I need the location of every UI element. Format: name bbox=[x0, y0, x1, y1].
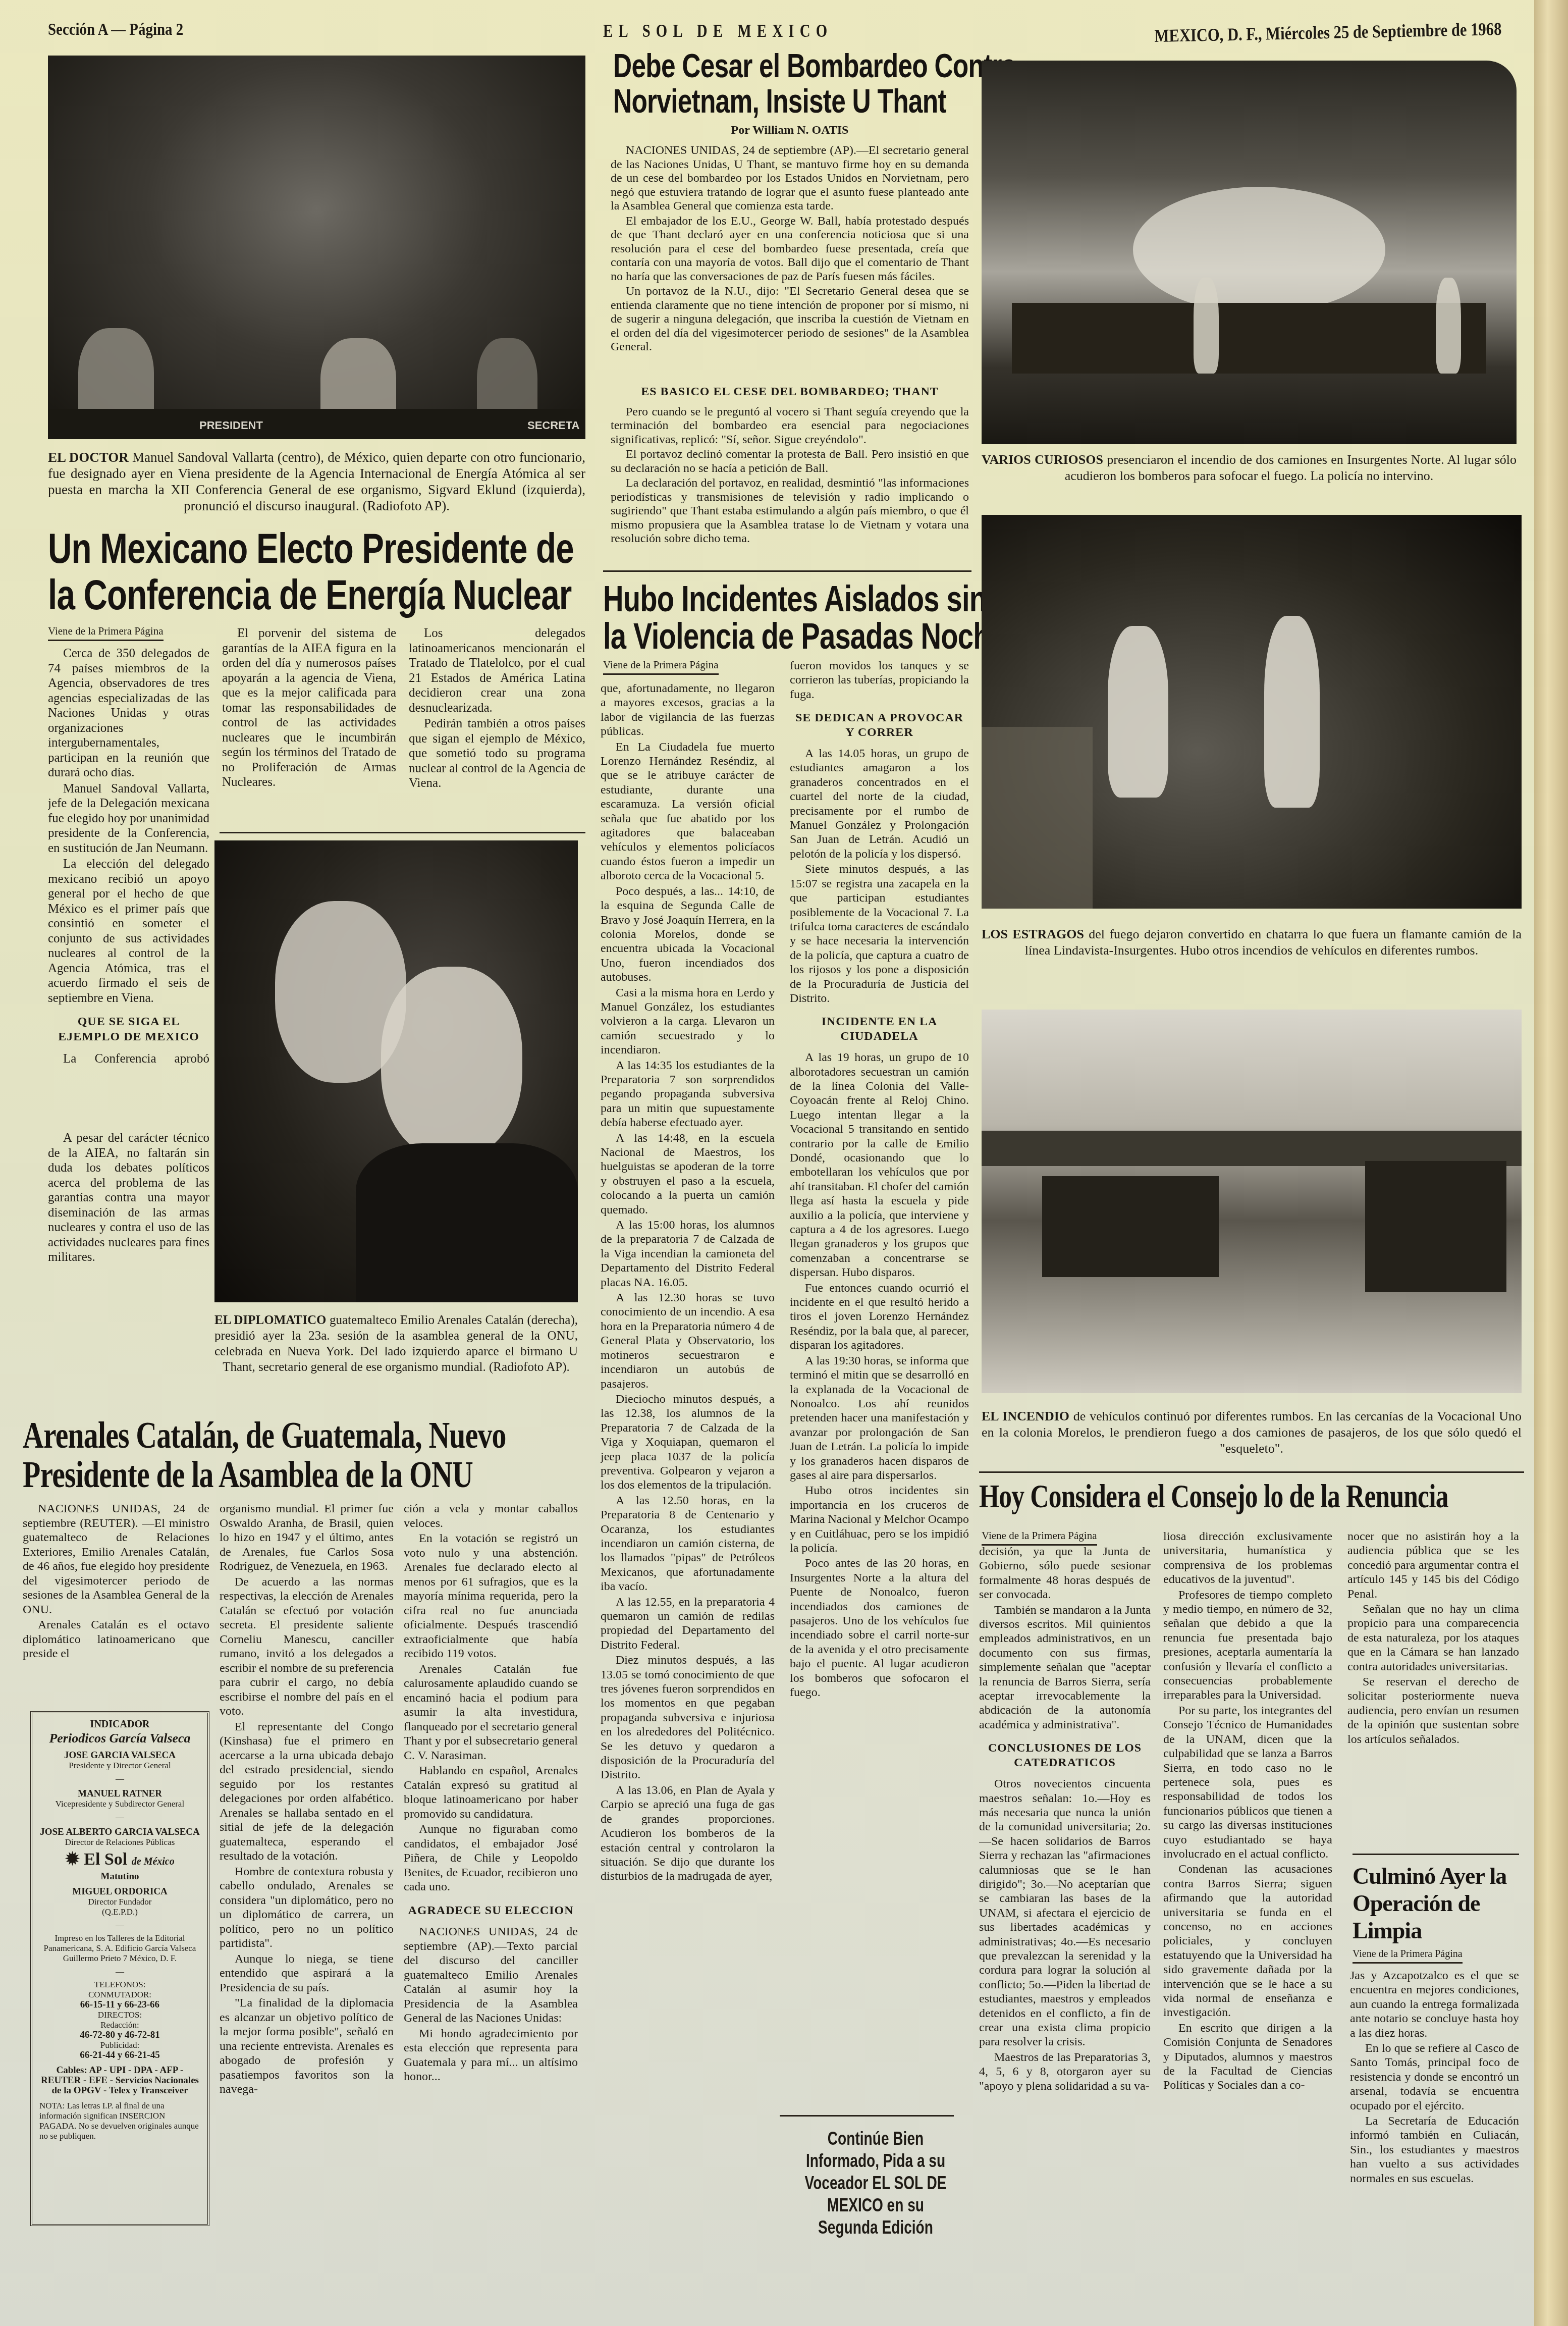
el-sol-logo: ✹ El Sol de México bbox=[39, 1855, 200, 1867]
article-column: organismo mundial. El primer fue Oswaldo… bbox=[220, 1502, 394, 2309]
paragraph: "La finalidad de la diplomacia es alcanz… bbox=[220, 1996, 394, 2097]
divider bbox=[1353, 1854, 1519, 1855]
paragraph: Casi a la misma hora en Lerdo y Manuel G… bbox=[601, 986, 775, 1058]
founder-role: Director Fundador bbox=[39, 1897, 200, 1907]
dateline: MEXICO, D. F., Miércoles 25 de Septiembr… bbox=[1154, 18, 1501, 46]
caption-lead: EL INCENDIO bbox=[982, 1409, 1069, 1423]
section-page-label: Sección A — Página 2 bbox=[48, 20, 183, 39]
paragraph: La elección del delegado mexicano recibi… bbox=[48, 857, 209, 1006]
phone-numbers: 66-21-44 y 66-21-45 bbox=[39, 2050, 200, 2060]
article-column: NACIONES UNIDAS, 24 de septiembre (REUTE… bbox=[23, 1502, 209, 1704]
headline-line-1: Hubo Incidentes Aislados sin bbox=[603, 580, 1021, 618]
paper-name: EL SOL DE MEXICO bbox=[603, 20, 833, 41]
burned-bus bbox=[1042, 1176, 1219, 1277]
paragraph: Señalan que no hay un clima propicio par… bbox=[1347, 1602, 1519, 1674]
founder-name: MIGUEL ORDORICA bbox=[39, 1887, 200, 1897]
photo-burned-bus bbox=[982, 515, 1522, 909]
article-column: ción a vela y montar caballos veloces. E… bbox=[404, 1502, 578, 2309]
headline-line-1: Debe Cesar el Bombardeo Contra bbox=[613, 48, 1016, 83]
separator: — bbox=[39, 1774, 200, 1784]
paragraph: A las 14.05 horas, un grupo de estudiant… bbox=[790, 747, 969, 861]
paragraph: Hablando en español, Arenales Catalán ex… bbox=[404, 1764, 578, 1821]
photo-sign-president: PRESIDENT bbox=[199, 419, 263, 432]
paragraph: Profesores de tiempo completo y medio ti… bbox=[1163, 1588, 1332, 1703]
headline-renuncia: Hoy Considera el Consejo lo de la Renunc… bbox=[979, 1479, 1448, 1514]
photo-caption-estragos: LOS ESTRAGOS del fuego dejaron convertid… bbox=[982, 926, 1522, 959]
paragraph: De acuerdo a las normas respectivas, la … bbox=[220, 1575, 394, 1719]
headline-line-2: la Conferencia de Energía Nuclear bbox=[48, 571, 574, 618]
subheading: SE DEDICAN A PROVOCAR Y CORRER bbox=[790, 711, 969, 739]
paragraph: ción a vela y montar caballos veloces. bbox=[404, 1502, 578, 1530]
paragraph: La declaración del portavoz, en realidad… bbox=[611, 477, 969, 546]
photo-caption-varios-curiosos: VARIOS CURIOSOS presenciaron el incendio… bbox=[982, 452, 1517, 484]
publisher-group: Periodicos García Valseca bbox=[39, 1733, 200, 1743]
divider bbox=[979, 1471, 1524, 1473]
paragraph: A las 15:00 horas, los alumnos de la pre… bbox=[601, 1218, 775, 1290]
paragraph: El portavoz declinó comentar la protesta… bbox=[611, 448, 969, 475]
paragraph: Un portavoz de la N.U., dijo: "El Secret… bbox=[611, 285, 969, 354]
subheading: AGRADECE SU ELECCION bbox=[404, 1904, 578, 1918]
article-column: Jas y Azcapotzalco es el que se encuentr… bbox=[1350, 1969, 1519, 2317]
divider bbox=[220, 832, 585, 833]
caption-text: presenciaron el incendio de dos camiones… bbox=[1065, 452, 1517, 483]
paragraph: En escrito que dirigen a la Comisión Con… bbox=[1163, 2021, 1332, 2093]
continued-from-front-page: Viene de la Primera Página bbox=[982, 1529, 1097, 1546]
continued-from-front-page: Viene de la Primera Página bbox=[603, 659, 719, 675]
paragraph: El porvenir del sistema de garantías de … bbox=[222, 626, 396, 790]
caption-lead: EL DOCTOR bbox=[48, 450, 129, 465]
paragraph: Diez minutos después, a las 13.05 se tom… bbox=[601, 1653, 775, 1782]
podium bbox=[48, 409, 585, 439]
paragraph: A pesar del carácter técnico de la AIEA,… bbox=[48, 1131, 209, 1265]
indicador-title: INDICADOR bbox=[39, 1719, 200, 1729]
paragraph: Maestros de las Preparatorias 3, 4, 5, 6… bbox=[979, 2050, 1151, 2093]
phones-label: Publicidad: bbox=[39, 2040, 200, 2050]
article-column: ES BASICO EL CESE DEL BOMBARDEO; THANT P… bbox=[611, 381, 969, 568]
paragraph: A las 13.06, en Plan de Ayala y Carpio s… bbox=[601, 1783, 775, 1884]
paragraph: Hubo otros incidentes sin importancia en… bbox=[790, 1484, 969, 1555]
staff-role: Presidente y Director General bbox=[39, 1761, 200, 1771]
headline-mexicano-electo: Un Mexicano Electo Presidente de la Conf… bbox=[48, 525, 574, 618]
newspaper-page: Sección A — Página 2 EL SOL DE MEXICO ME… bbox=[0, 0, 1534, 2326]
phone-numbers: 66-15-11 y 66-23-66 bbox=[39, 2000, 200, 2010]
article-column: Cerca de 350 delegados de 74 países miem… bbox=[48, 646, 209, 1065]
suit bbox=[356, 1143, 578, 1302]
article-column: que, afortunadamente, no llegaron a mayo… bbox=[601, 681, 775, 2317]
paragraph: Poco antes de las 20 horas, en Insurgent… bbox=[790, 1556, 969, 1700]
headline-line-2: Norvietnam, Insiste U Thant bbox=[613, 83, 1016, 119]
headline-line-1: Arenales Catalán, de Guatemala, Nuevo bbox=[23, 1416, 506, 1455]
promo-segunda-edicion: Continúe Bien Informado, Pida a su Vocea… bbox=[799, 2128, 952, 2239]
bus-wreck bbox=[1012, 303, 1486, 374]
paragraph: NACIONES UNIDAS, 24 de septiembre (AP).—… bbox=[611, 144, 969, 214]
paragraph: A las 19 horas, un grupo de 10 alborotad… bbox=[790, 1050, 969, 1280]
article-column: Los delegados latinoamericanos mencionar… bbox=[409, 626, 585, 838]
headline-line-1: Un Mexicano Electo Presidente de bbox=[48, 525, 574, 571]
bystander bbox=[1436, 278, 1461, 374]
paragraph: NACIONES UNIDAS, 24 de septiembre (AP).—… bbox=[404, 1925, 578, 2026]
article-column: El porvenir del sistema de garantías de … bbox=[222, 626, 396, 838]
paragraph: Fue entonces cuando ocurrió el incidente… bbox=[790, 1281, 969, 1353]
paragraph: El representante del Congo (Kinshasa) fu… bbox=[220, 1720, 394, 1864]
paragraph: Aunque no figuraban como candidatos, el … bbox=[404, 1822, 578, 1894]
paragraph: decisión, ya que la Junta de Gobierno, s… bbox=[979, 1545, 1151, 1602]
logo-main: El Sol bbox=[84, 1850, 127, 1869]
paragraph: A las 12.50 horas, en la Preparatoria 8 … bbox=[601, 1494, 775, 1594]
paragraph: Siete minutos después, a las 15:07 se re… bbox=[790, 862, 969, 1006]
caption-text: del fuego dejaron convertido en chatarra… bbox=[1025, 927, 1522, 958]
masthead: Sección A — Página 2 EL SOL DE MEXICO ME… bbox=[48, 15, 1501, 50]
paragraph: Por su parte, los integrantes del Consej… bbox=[1163, 1704, 1332, 1861]
paragraph: que, afortunadamente, no llegaron a mayo… bbox=[601, 681, 775, 739]
indicador-masthead-box: INDICADOR Periodicos García Valseca JOSE… bbox=[30, 1711, 209, 2226]
paragraph: Pedirán también a otros países que sigan… bbox=[409, 716, 585, 791]
subheading: CONCLUSIONES DE LOS CATEDRATICOS bbox=[979, 1741, 1151, 1770]
paragraph: Jas y Azcapotzalco es el que se encuentr… bbox=[1350, 1969, 1519, 2040]
paragraph: Otros novecientos cincuenta maestros señ… bbox=[979, 1777, 1151, 2049]
photo-bus-fire-insurgentes bbox=[982, 61, 1517, 444]
person-white-shirt bbox=[1264, 616, 1320, 808]
article-column: decisión, ya que la Junta de Gobierno, s… bbox=[979, 1545, 1151, 2317]
paragraph: Mi hondo agradecimiento por esta elecció… bbox=[404, 2027, 578, 2084]
caption-lead: LOS ESTRAGOS bbox=[982, 927, 1084, 941]
staff-name: JOSE GARCIA VALSECA bbox=[39, 1751, 200, 1761]
person-face-arenales bbox=[381, 967, 522, 1158]
separator: — bbox=[39, 1920, 200, 1930]
bystander bbox=[1194, 278, 1219, 374]
caption-lead: VARIOS CURIOSOS bbox=[982, 452, 1103, 467]
paragraph: La Secretaría de Educación informó tambi… bbox=[1350, 2114, 1519, 2186]
phone-numbers: 46-72-80 y 46-72-81 bbox=[39, 2030, 200, 2040]
paragraph: Cerca de 350 delegados de 74 países miem… bbox=[48, 646, 209, 780]
photo-caption-iaea: EL DOCTOR Manuel Sandoval Vallarta (cent… bbox=[48, 449, 585, 514]
paragraph: A las 14:35 los estudiantes de la Prepar… bbox=[601, 1059, 775, 1130]
paragraph: Manuel Sandoval Vallarta, jefe de la Del… bbox=[48, 781, 209, 856]
paragraph: El embajador de los E.U., George W. Ball… bbox=[611, 215, 969, 284]
paragraph: A las 12.55, en la preparatoria 4 quemar… bbox=[601, 1595, 775, 1653]
photo-buses-vocacional bbox=[982, 1010, 1522, 1393]
page-edge bbox=[1534, 0, 1568, 2326]
paragraph: Hombre de contextura robusta y cabello o… bbox=[220, 1865, 394, 1951]
divider bbox=[603, 570, 971, 572]
bus-frame bbox=[982, 727, 1093, 909]
paragraph: Poco después, a las... 14:10, de la esqu… bbox=[601, 884, 775, 985]
paragraph: En La Ciudadela fue muerto Lorenzo Herná… bbox=[601, 740, 775, 883]
paragraph: liosa dirección exclusivamente universit… bbox=[1163, 1529, 1332, 1587]
headline-incidentes: Hubo Incidentes Aislados sin la Violenci… bbox=[603, 580, 1021, 655]
phones-label: CONMUTADOR: bbox=[39, 1990, 200, 2000]
founder-note: (Q.E.P.D.) bbox=[39, 1907, 200, 1917]
paragraph: A las 12.30 horas se tuvo conocimiento d… bbox=[601, 1291, 775, 1391]
paragraph: Los delegados latinoamericanos mencionar… bbox=[409, 626, 585, 715]
photo-arenales-catalan bbox=[214, 840, 578, 1302]
continued-from-front-page: Viene de la Primera Página bbox=[48, 625, 164, 641]
paragraph: nocer que no asistirán hoy a la audienci… bbox=[1347, 1529, 1519, 1601]
printing-info: Impreso en los Talleres de la Editorial … bbox=[39, 1933, 200, 1964]
caption-lead: EL DIPLOMATICO bbox=[214, 1313, 326, 1327]
paragraph: fueron movidos los tanques y se corriero… bbox=[790, 659, 969, 702]
byline: Por William N. OATIS bbox=[613, 124, 966, 137]
phones-label: Redacción: bbox=[39, 2020, 200, 2030]
divider bbox=[780, 2115, 954, 2117]
paragraph: A las 14:48, en la escuela Nacional de M… bbox=[601, 1131, 775, 1217]
burned-bus bbox=[1365, 1161, 1506, 1292]
headline-line-2: la Violencia de Pasadas Noches bbox=[603, 618, 1021, 655]
paragraph: NACIONES UNIDAS, 24 de septiembre (REUTE… bbox=[23, 1502, 209, 1617]
paragraph: En lo que se refiere al Casco de Santo T… bbox=[1350, 2041, 1519, 2113]
paragraph: Pero cuando se le preguntó al vocero si … bbox=[611, 405, 969, 447]
logo-sub: de México bbox=[132, 1856, 175, 1867]
paragraph: También se mandaron a la Junta diversos … bbox=[979, 1603, 1151, 1732]
headline-u-thant: Debe Cesar el Bombardeo Contra Norvietna… bbox=[613, 48, 1016, 119]
article-column: NACIONES UNIDAS, 24 de septiembre (AP).—… bbox=[611, 144, 969, 376]
paragraph: A las 19:30 horas, se informa que termin… bbox=[790, 1354, 969, 1483]
separator: — bbox=[39, 1812, 200, 1822]
edition: Matutino bbox=[39, 1872, 200, 1882]
photo-sign-secretary: SECRETA bbox=[527, 419, 580, 432]
paragraph: Condenan las acusaciones contra Barros S… bbox=[1163, 1862, 1332, 2020]
smoke bbox=[1133, 187, 1385, 313]
separator: — bbox=[39, 1967, 200, 1977]
caption-text: Manuel Sandoval Vallarta (centro), de Mé… bbox=[48, 450, 585, 513]
staff-name: MANUEL RATNER bbox=[39, 1789, 200, 1799]
photo-iaea-conference: PRESIDENT SECRETA bbox=[48, 56, 585, 439]
paragraph: En la votación se registró un voto nulo … bbox=[404, 1531, 578, 1661]
subheading: ES BASICO EL CESE DEL BOMBARDEO; THANT bbox=[611, 385, 969, 399]
paragraph: Arenales Catalán fue calurosamente aplau… bbox=[404, 1662, 578, 1763]
paid-insertion-note: NOTA: Las letras I.P. al final de una in… bbox=[39, 2101, 200, 2141]
subheading: INCIDENTE EN LA CIUDADELA bbox=[790, 1015, 969, 1043]
paragraph: organismo mundial. El primer fue Oswaldo… bbox=[220, 1502, 394, 1574]
headline-operacion-limpia: Culminó Ayer la Operación de Limpia bbox=[1353, 1863, 1519, 1944]
continued-from-front-page: Viene de la Primera Página bbox=[1353, 1948, 1463, 1964]
headline-arenales-onu: Arenales Catalán, de Guatemala, Nuevo Pr… bbox=[23, 1416, 506, 1495]
staff-name: JOSE ALBERTO GARCIA VALSECA bbox=[39, 1827, 200, 1837]
paragraph: Dieciocho minutos después, a las 12.38, … bbox=[601, 1392, 775, 1493]
article-column: nocer que no asistirán hoy a la audienci… bbox=[1347, 1529, 1519, 1853]
article-column: liosa dirección exclusivamente universit… bbox=[1163, 1529, 1332, 2317]
headline-line-2: Presidente de la Asamblea de la ONU bbox=[23, 1455, 506, 1495]
staff-role: Director de Relaciones Públicas bbox=[39, 1837, 200, 1847]
article-column: A pesar del carácter técnico de la AIEA,… bbox=[48, 1065, 209, 1408]
paragraph: Arenales Catalán es el octavo diplomátic… bbox=[23, 1618, 209, 1661]
phones-title: TELEFONOS: bbox=[39, 1980, 200, 1990]
photo-caption-arenales: EL DIPLOMATICO guatemalteco Emilio Arena… bbox=[214, 1312, 578, 1375]
paragraph: La Conferencia aprobó después las solici… bbox=[48, 1051, 209, 1065]
subheading: QUE SE SIGA EL EJEMPLO DE MEXICO bbox=[48, 1015, 209, 1044]
wire-services: Cables: AP - UPI - DPA - AFP - REUTER - … bbox=[39, 2066, 200, 2096]
phones-label: DIRECTOS: bbox=[39, 2010, 200, 2020]
article-column: fueron movidos los tanques y se corriero… bbox=[790, 659, 969, 2102]
paragraph: Aunque lo niega, se tiene entendido que … bbox=[220, 1952, 394, 1995]
paragraph: Se reservan el derecho de solicitar post… bbox=[1347, 1675, 1519, 1747]
staff-role: Vicepresidente y Subdirector General bbox=[39, 1799, 200, 1809]
person-white-shirt bbox=[1108, 626, 1168, 798]
sun-icon: ✹ bbox=[65, 1850, 80, 1869]
photo-caption-incendio: EL INCENDIO de vehículos continuó por di… bbox=[982, 1408, 1522, 1457]
